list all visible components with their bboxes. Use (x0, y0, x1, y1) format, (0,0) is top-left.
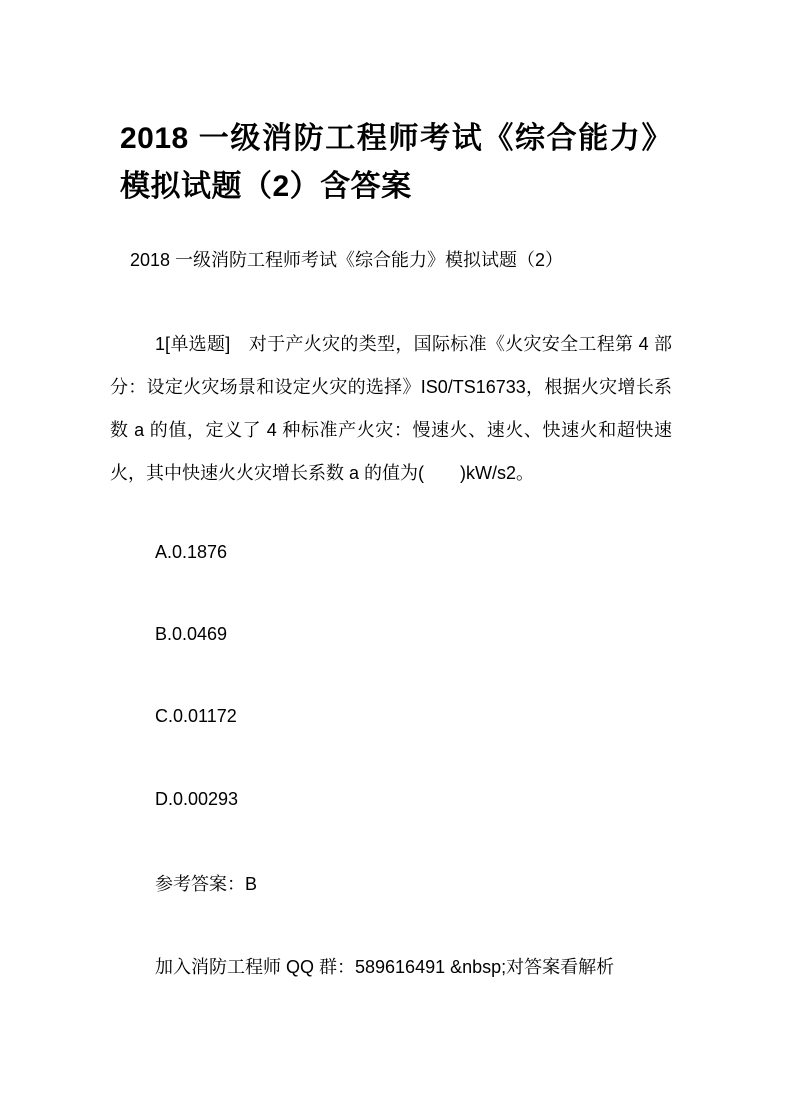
option-c: C.0.01172 (155, 704, 672, 728)
qq-group-note: 加入消防工程师 QQ 群：589616491 &nbsp;对答案看解析 (155, 955, 672, 979)
options-list: A.0.1876 B.0.0469 C.0.01172 D.0.00293 (110, 540, 672, 811)
option-d: D.0.00293 (155, 787, 672, 811)
page-title: 2018 一级消防工程师考试《综合能力》模拟试题（2）含答案 (120, 115, 672, 211)
document-page: 2018 一级消防工程师考试《综合能力》模拟试题（2）含答案 2018 一级消防… (0, 0, 792, 1120)
question-text: 1[单选题] 对于产火灾的类型，国际标准《火灾安全工程第 4 部分：设定火灾场景… (110, 323, 672, 495)
doc-subtitle: 2018 一级消防工程师考试《综合能力》模拟试题（2） (130, 247, 672, 273)
option-b: B.0.0469 (155, 622, 672, 646)
option-a: A.0.1876 (155, 540, 672, 564)
reference-answer: 参考答案：B (155, 872, 672, 896)
